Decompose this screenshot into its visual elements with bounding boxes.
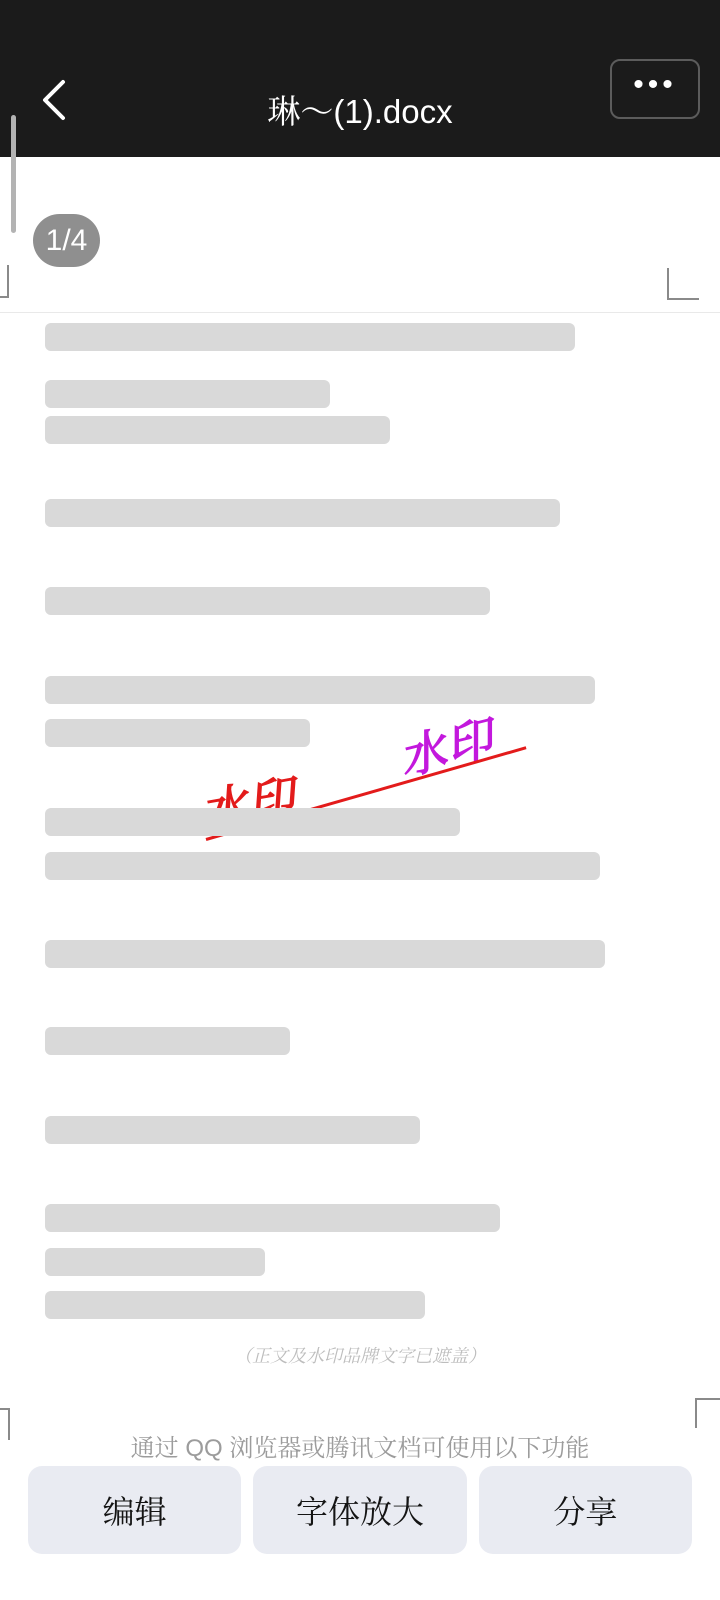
redacted-text-line	[45, 852, 600, 880]
footer-toolbar: 编辑 字体放大 分享	[28, 1466, 692, 1554]
redacted-text-line	[45, 1248, 265, 1276]
redacted-text-line	[45, 416, 390, 444]
redacted-text-line	[45, 1291, 425, 1319]
redaction-note: （正文及水印品牌文字已遮盖）	[0, 1342, 720, 1368]
redacted-text-line	[45, 940, 605, 968]
redacted-text-line	[45, 719, 310, 747]
redacted-text-line	[45, 1027, 290, 1055]
redacted-text-line	[45, 808, 460, 836]
redacted-text-line	[45, 380, 330, 408]
redacted-text-line	[45, 499, 560, 527]
footer-hint-text: 通过 QQ 浏览器或腾讯文档可使用以下功能	[0, 1428, 720, 1463]
redacted-text-line	[45, 1116, 420, 1144]
redacted-text-line	[45, 1204, 500, 1232]
redacted-text-line	[45, 587, 490, 615]
share-button[interactable]: 分享	[479, 1466, 692, 1554]
document-viewer-screen: 琳～(1).docx ••• 1/4 （正文及水印品牌文字已遮盖） 水印 水印 …	[0, 0, 720, 1600]
edit-button[interactable]: 编辑	[28, 1466, 241, 1554]
watermark-stamp-purple: 水印	[391, 701, 500, 788]
enlarge-font-button[interactable]: 字体放大	[253, 1466, 466, 1554]
redacted-text-line	[45, 323, 575, 351]
redacted-text-line	[45, 676, 595, 704]
document-body: （正文及水印品牌文字已遮盖） 水印 水印	[0, 0, 720, 1600]
